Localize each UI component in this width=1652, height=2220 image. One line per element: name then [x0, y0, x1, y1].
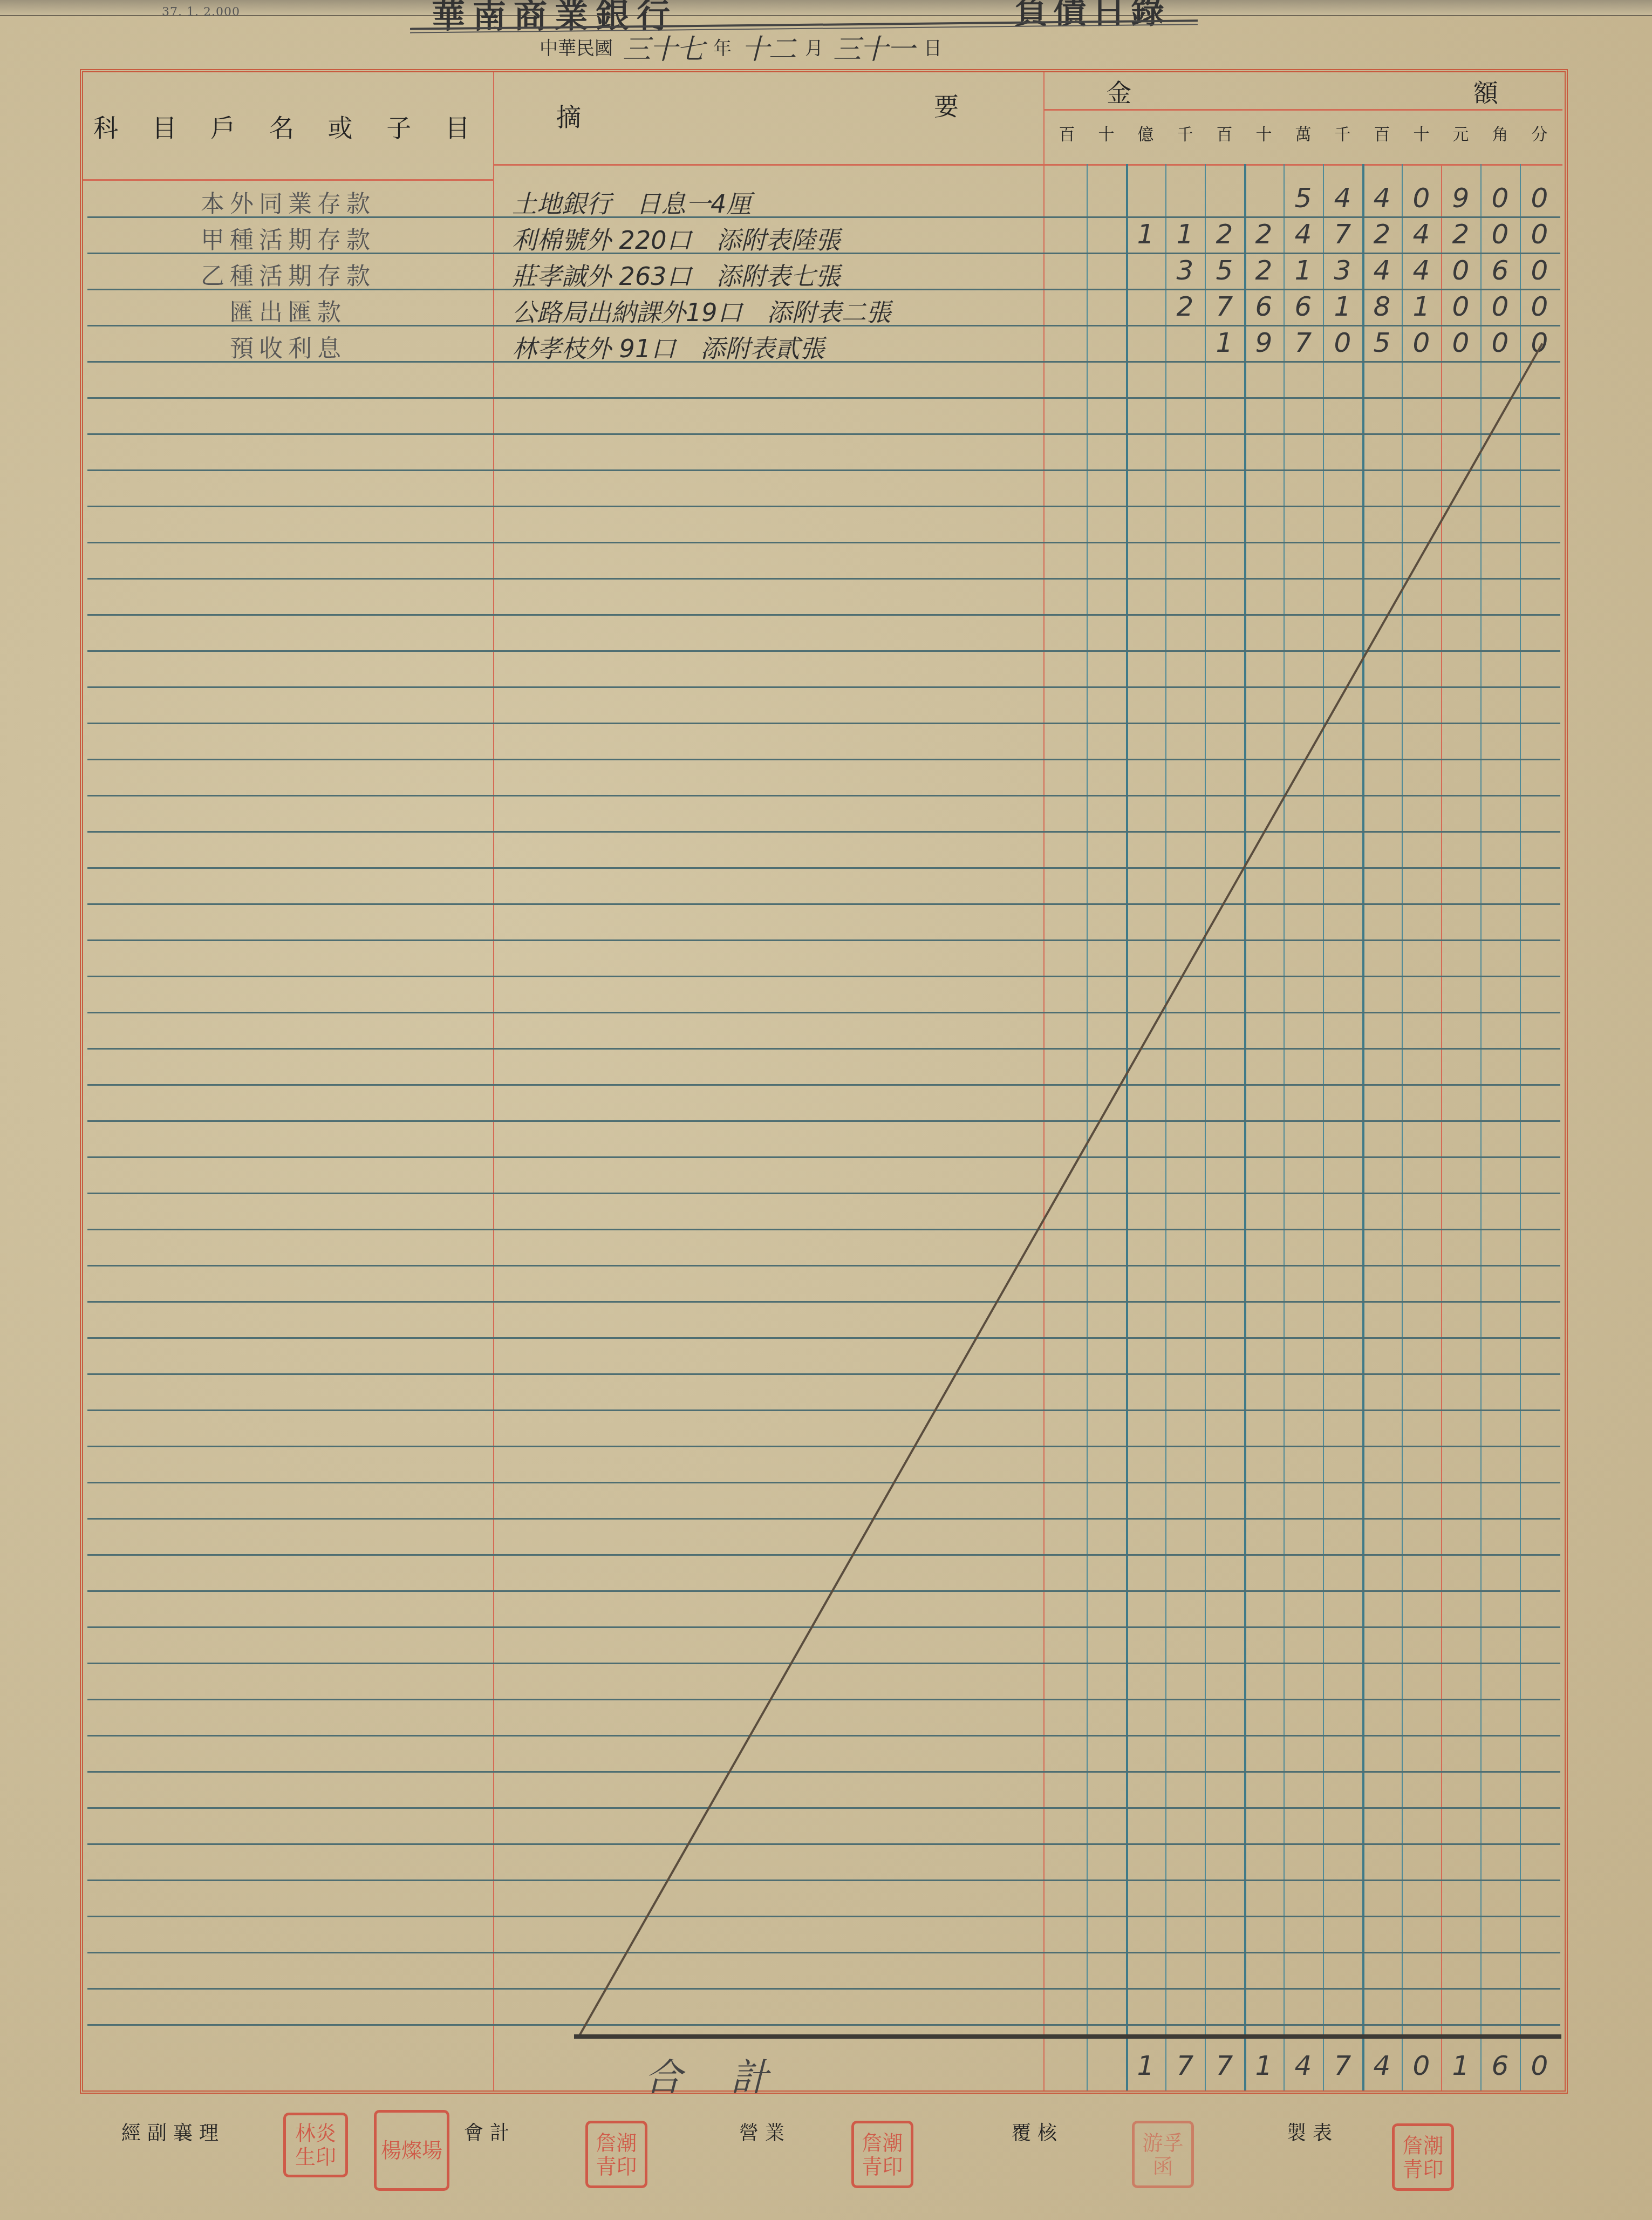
row-amount-digit: 2 — [1165, 291, 1205, 322]
row-amount-digit: 0 — [1402, 182, 1441, 214]
ledger-row-rule — [87, 1590, 1560, 1592]
row-amount-digit: 5 — [1205, 255, 1244, 286]
row-amount-digit: 1 — [1323, 291, 1362, 322]
signature-label-review: 覆核 — [1012, 2118, 1063, 2146]
ledger-title: 負債日錄 — [1014, 0, 1170, 28]
row-amount-digit: 0 — [1480, 182, 1520, 214]
ledger-row-rule — [87, 397, 1560, 399]
digit-header: 十 — [1244, 121, 1284, 145]
column-header-account: 科 目 戶 名 或 子 目 — [83, 72, 493, 180]
ledger-row-rule — [87, 686, 1560, 688]
digit-header: 千 — [1165, 121, 1205, 145]
print-code: 37. 1. 2.000 — [162, 5, 240, 19]
ledger-row-rule — [87, 723, 1560, 724]
total-amount-digit: 4 — [1284, 2050, 1323, 2081]
ledger-row-rule — [87, 1446, 1560, 1447]
total-amount-digit: 0 — [1520, 2050, 1559, 2081]
row-amount-digit: 0 — [1480, 219, 1520, 250]
ledger-row-rule — [87, 1626, 1560, 1628]
ledger-row-rule — [87, 578, 1560, 580]
total-amount-digit: 7 — [1323, 2050, 1362, 2081]
ledger-row-rule — [87, 650, 1560, 652]
ledger-row-rule — [87, 1807, 1560, 1809]
total-amount-digit: 1 — [1126, 2050, 1165, 2081]
row-account: 乙種活期存款 — [137, 257, 439, 291]
digit-column-divider — [1402, 164, 1403, 2090]
ledger-row-rule — [87, 1482, 1560, 1483]
date-month: 十二 — [741, 26, 795, 67]
row-amount-digit: 2 — [1205, 219, 1244, 250]
digit-column-divider — [1205, 164, 1206, 2090]
row-amount-digit: 1 — [1284, 255, 1323, 286]
ledger-row-rule — [87, 1554, 1560, 1556]
divider-memo-amount — [1043, 72, 1045, 2090]
ledger-row-rule — [87, 614, 1560, 616]
total-amount-digit: 1 — [1244, 2050, 1284, 2081]
row-amount-digit: 0 — [1441, 327, 1480, 358]
row-amount-digit: 2 — [1441, 219, 1480, 250]
row-amount-digit: 0 — [1480, 291, 1520, 322]
seal-review: 游孚函 — [1132, 2121, 1194, 2188]
digit-header: 百 — [1362, 121, 1402, 145]
row-amount-digit: 0 — [1402, 327, 1441, 358]
era-label: 中華民國 — [540, 33, 613, 60]
seal-business: 詹潮青印 — [851, 2121, 913, 2188]
row-account: 預收利息 — [137, 329, 439, 364]
row-memo: 利棉號外 220口 添附表陸張 — [496, 221, 1052, 256]
total-amount-digit: 1 — [1441, 2050, 1480, 2081]
total-label: 合計 — [644, 2047, 817, 2102]
ledger-row-rule — [87, 1518, 1560, 1520]
row-account: 匯出匯款 — [137, 293, 439, 328]
row-amount-digit: 3 — [1323, 255, 1362, 286]
row-amount-digit: 4 — [1362, 182, 1402, 214]
digit-column-divider — [1520, 164, 1521, 2090]
divider-account-memo — [493, 72, 494, 2090]
total-amount-digit: 0 — [1402, 2050, 1441, 2081]
column-header-amount-left: 金 — [1097, 72, 1141, 110]
header-rule-memo — [494, 164, 1043, 166]
ledger-row-rule — [87, 1771, 1560, 1773]
row-memo: 莊孝誠外 263口 添附表七張 — [496, 257, 1052, 292]
ledger-row-rule — [87, 1952, 1560, 1953]
total-amount-digit: 7 — [1165, 2050, 1205, 2081]
row-amount-digit: 1 — [1165, 219, 1205, 250]
ledger-row-rule — [87, 795, 1560, 796]
ledger-row-rule — [87, 1084, 1560, 1086]
ledger-row-rule — [87, 1301, 1560, 1303]
ledger-row-rule — [87, 831, 1560, 833]
month-suffix: 月 — [805, 33, 823, 60]
row-amount-digit: 6 — [1244, 291, 1284, 322]
digit-header: 分 — [1520, 121, 1559, 145]
row-account: 甲種活期存款 — [137, 221, 439, 255]
ledger-row-rule — [87, 1156, 1560, 1158]
row-amount-digit: 1 — [1402, 291, 1441, 322]
row-amount-digit: 4 — [1323, 182, 1362, 214]
row-amount-digit: 4 — [1284, 219, 1323, 250]
digit-column-divider — [1284, 164, 1285, 2090]
signature-label-business: 營業 — [739, 2118, 791, 2146]
digit-column-divider — [1323, 164, 1324, 2090]
seal-accounting: 詹潮青印 — [585, 2121, 647, 2188]
row-amount-digit: 0 — [1480, 327, 1520, 358]
ledger-row-rule — [87, 542, 1560, 543]
row-amount-digit: 0 — [1520, 219, 1559, 250]
ledger-row-rule — [87, 1337, 1560, 1339]
row-amount-digit: 1 — [1205, 327, 1244, 358]
ledger-row-rule — [87, 939, 1560, 941]
row-amount-digit: 0 — [1520, 182, 1559, 214]
header-rule-amount-top — [1045, 109, 1562, 111]
ledger-row-rule — [87, 1988, 1560, 1990]
total-amount-digit: 4 — [1362, 2050, 1402, 2081]
seal-preparer: 詹潮青印 — [1392, 2123, 1454, 2191]
ledger-row-rule — [87, 976, 1560, 977]
digit-header: 百 — [1047, 121, 1087, 145]
header-rule-account — [83, 179, 493, 181]
ledger-row-rule — [87, 506, 1560, 507]
ledger-row-rule — [87, 759, 1560, 760]
row-amount-digit: 8 — [1362, 291, 1402, 322]
ledger-row-rule — [87, 867, 1560, 869]
digit-column-divider — [1165, 164, 1166, 2090]
ledger-row-rule — [87, 1663, 1560, 1664]
ledger-row-rule — [87, 1012, 1560, 1013]
date-day: 三十一 — [833, 26, 914, 67]
row-amount-digit: 0 — [1520, 291, 1559, 322]
row-amount-digit: 9 — [1244, 327, 1284, 358]
digit-header: 百 — [1205, 121, 1244, 145]
seal-manager-1: 林炎生印 — [283, 2113, 348, 2177]
ledger-row-rule — [87, 1699, 1560, 1700]
ledger-row-rule — [87, 903, 1560, 905]
seal-manager-2: 楊燦場 — [374, 2110, 449, 2191]
year-suffix: 年 — [713, 33, 732, 60]
ledger-row-rule — [87, 1120, 1560, 1122]
digit-header: 十 — [1402, 121, 1441, 145]
digit-header: 元 — [1441, 121, 1480, 145]
row-amount-digit: 4 — [1362, 255, 1402, 286]
binding-fold — [0, 0, 1652, 16]
digit-column-divider — [1441, 164, 1442, 2090]
row-amount-digit: 2 — [1362, 219, 1402, 250]
row-amount-digit: 0 — [1441, 291, 1480, 322]
row-amount-digit: 6 — [1480, 255, 1520, 286]
ledger-row-rule — [87, 1843, 1560, 1845]
ledger-row-rule — [87, 1265, 1560, 1266]
digit-column-divider — [1244, 164, 1246, 2090]
ledger-row-rule — [87, 1373, 1560, 1375]
row-amount-digit: 0 — [1323, 327, 1362, 358]
row-amount-digit: 0 — [1520, 255, 1559, 286]
ledger-row-rule — [87, 433, 1560, 435]
ledger-row-rule — [87, 1735, 1560, 1736]
row-memo: 公路局出納課外19口 添附表二張 — [496, 293, 1052, 329]
row-amount-digit: 2 — [1244, 255, 1284, 286]
total-rule — [574, 2034, 1561, 2039]
total-amount-digit: 6 — [1480, 2050, 1520, 2081]
ledger-row-rule — [87, 469, 1560, 471]
digit-column-divider — [1126, 164, 1128, 2090]
row-amount-digit: 7 — [1323, 219, 1362, 250]
ledger-table: 科 目 戶 名 或 子 目 摘 要 金 額 百十億千百十萬千百十元角分 本外同業… — [80, 69, 1568, 2094]
row-amount-digit: 7 — [1284, 327, 1323, 358]
row-amount-digit: 0 — [1520, 327, 1559, 358]
digit-column-divider — [1087, 164, 1088, 2090]
signature-label-manager: 經副襄理 — [121, 2118, 225, 2146]
ledger-row-rule — [87, 1048, 1560, 1050]
column-header-memo-left: 摘 — [547, 94, 590, 137]
signature-label-accounting: 會計 — [464, 2118, 516, 2146]
total-amount-digit: 7 — [1205, 2050, 1244, 2081]
column-header-amount-right: 額 — [1464, 72, 1507, 110]
digit-column-divider — [1362, 164, 1364, 2090]
column-header-memo-right: 要 — [925, 83, 968, 126]
date-line: 中華民國 三十七 年 十二 月 三十一 日 — [540, 30, 942, 63]
row-memo: 林孝枝外 91口 添附表貳張 — [496, 329, 1052, 365]
header-rule-amount-bottom — [1045, 164, 1562, 166]
row-amount-digit: 5 — [1362, 327, 1402, 358]
day-suffix: 日 — [924, 33, 942, 60]
row-amount-digit: 4 — [1402, 255, 1441, 286]
row-amount-digit: 6 — [1284, 291, 1323, 322]
row-amount-digit: 5 — [1284, 182, 1323, 214]
digit-header: 千 — [1323, 121, 1362, 145]
ledger-row-rule — [87, 1916, 1560, 1917]
cancel-diagonal-line — [578, 343, 1543, 2036]
row-account: 本外同業存款 — [137, 185, 439, 219]
row-amount-digit: 0 — [1441, 255, 1480, 286]
row-amount-digit: 4 — [1402, 219, 1441, 250]
digit-header: 億 — [1126, 121, 1165, 145]
ledger-row-rule — [87, 1193, 1560, 1194]
ledger-row-rule — [87, 1229, 1560, 1230]
row-memo: 土地銀行 日息一4厘 — [496, 185, 1052, 220]
row-amount-digit: 1 — [1126, 219, 1165, 250]
ledger-row-rule — [87, 1879, 1560, 1881]
row-amount-digit: 2 — [1244, 219, 1284, 250]
digit-header: 十 — [1087, 121, 1126, 145]
ledger-row-rule — [87, 2024, 1560, 2026]
row-amount-digit: 7 — [1205, 291, 1244, 322]
date-year: 三十七 — [623, 26, 704, 67]
digit-header: 萬 — [1284, 121, 1323, 145]
digit-header: 角 — [1480, 121, 1520, 145]
row-amount-digit: 9 — [1441, 182, 1480, 214]
signature-label-preparer: 製表 — [1287, 2118, 1339, 2146]
ledger-row-rule — [87, 1409, 1560, 1411]
row-amount-digit: 3 — [1165, 255, 1205, 286]
